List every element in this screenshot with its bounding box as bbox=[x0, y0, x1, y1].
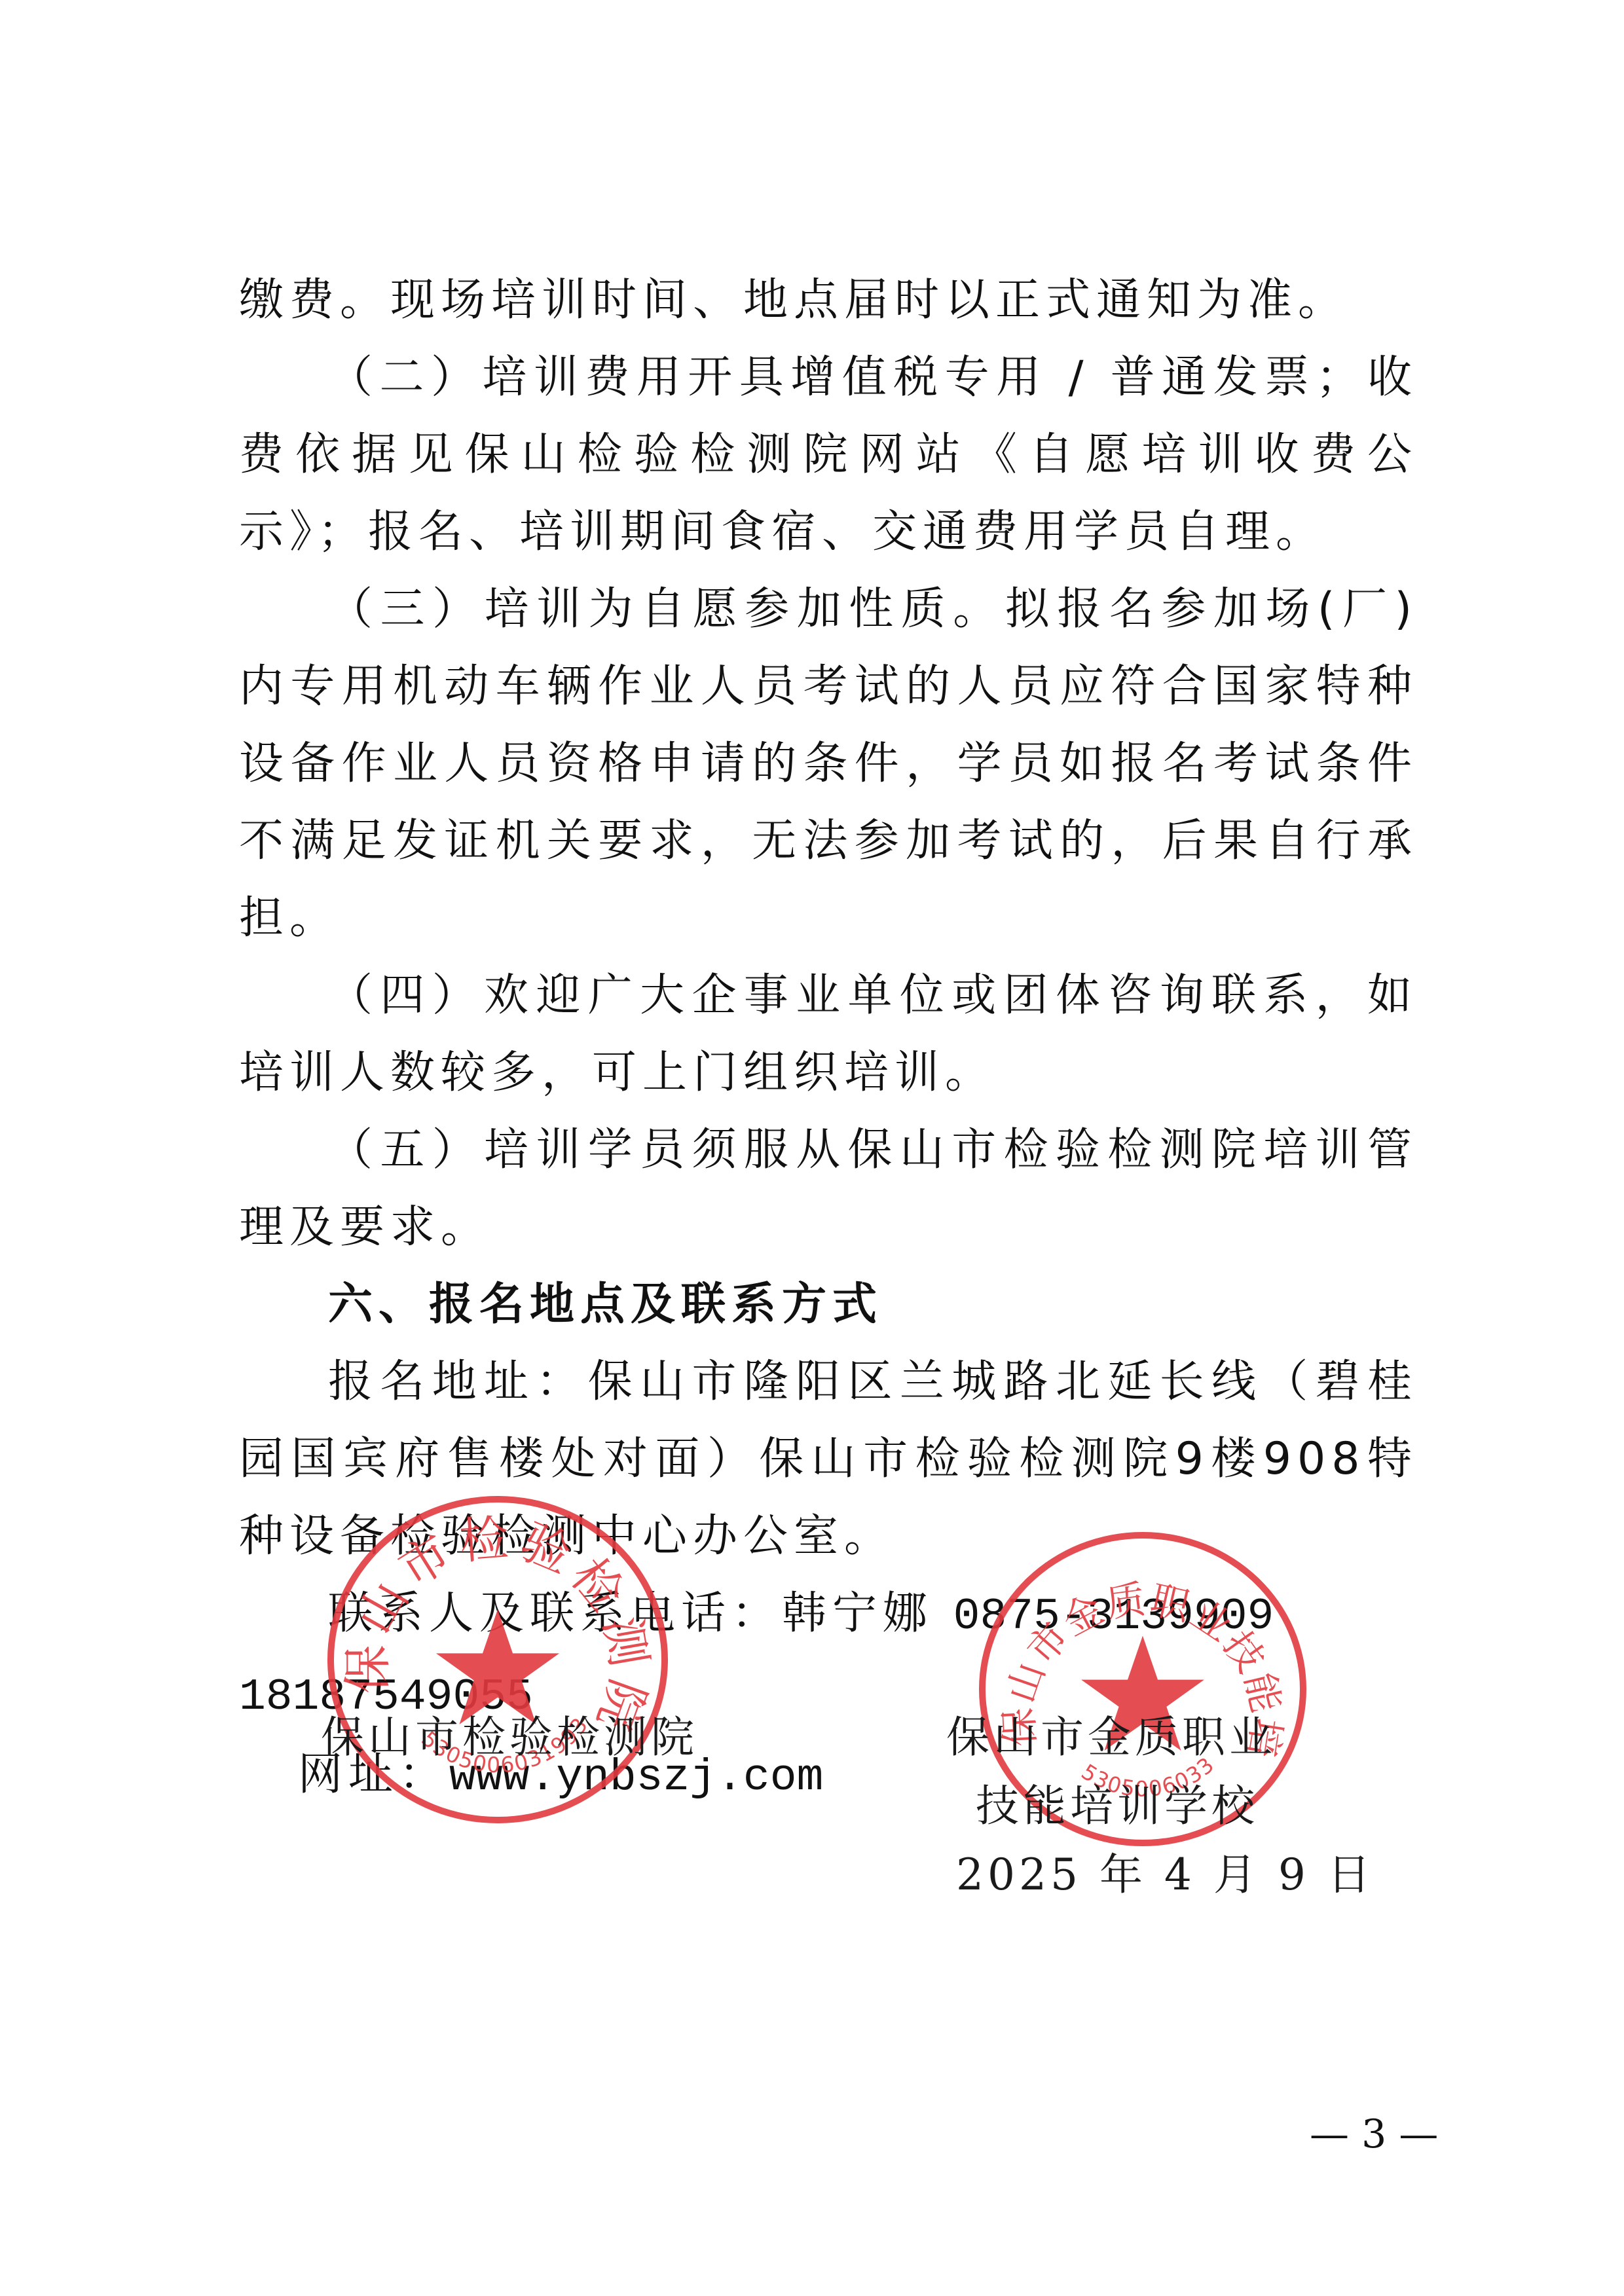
paragraph-management: （五）培训学员须服从保山市检验检测院培训管理及要求。 bbox=[239, 1112, 1418, 1266]
paragraph-invoice: （二）培训费用开具增值税专用 / 普通发票；收费依据见保山检验检测院网站《自愿培… bbox=[239, 339, 1418, 571]
seal-graphic: 保山市检验检测院 5305006031993 bbox=[334, 1503, 661, 1817]
official-seal-inspection-institute: 保山市检验检测院 5305006031993 bbox=[327, 1496, 668, 1823]
document-date: 2025 年 4 月 9 日 bbox=[956, 1840, 1375, 1902]
contact-name: 韩宁娜 bbox=[782, 1588, 933, 1639]
document-page: 缴费。现场培训时间、地点届时以正式通知为准。 （二）培训费用开具增值税专用 / … bbox=[0, 0, 1624, 2296]
section-heading: 六、报名地点及联系方式 bbox=[239, 1266, 1418, 1343]
signature-training-school-line1: 保山市金质职业 bbox=[946, 1702, 1276, 1764]
page-number: — 3 — bbox=[1310, 2111, 1438, 2157]
paragraph-payment-note: 缴费。现场培训时间、地点届时以正式通知为准。 bbox=[239, 262, 1418, 339]
signature-inspection-institute: 保山市检验检测院 bbox=[321, 1702, 698, 1764]
signature-training-school-line2: 技能培训学校 bbox=[976, 1771, 1259, 1833]
paragraph-onsite-training: （四）欢迎广大企事业单位或团体咨询联系，如培训人数较多，可上门组织培训。 bbox=[239, 957, 1418, 1112]
paragraph-voluntary: （三）培训为自愿参加性质。拟报名参加场(厂)内专用机动车辆作业人员考试的人员应符… bbox=[239, 571, 1418, 957]
